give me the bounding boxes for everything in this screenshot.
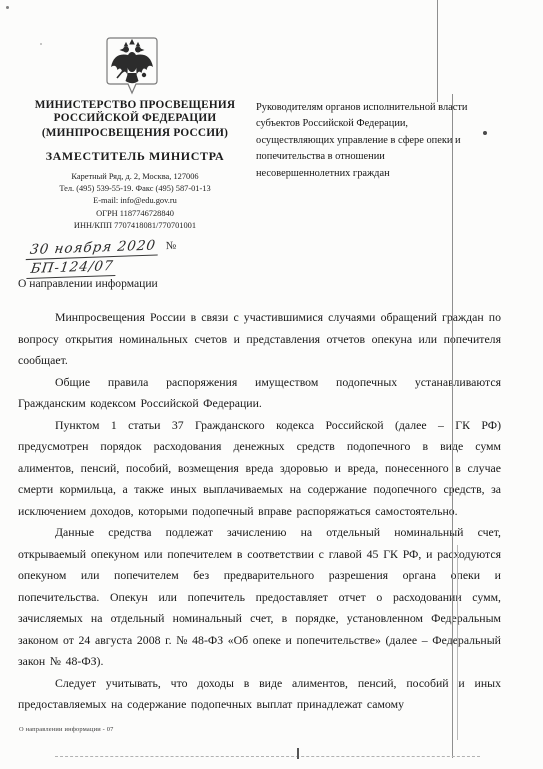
inn-kpp-line: ИНН/КПП 7707418081/770701001 [16, 220, 254, 232]
ministry-name-line: РОССИЙСКОЙ ФЕДЕРАЦИИ [16, 112, 254, 125]
body-paragraph: Пунктом 1 статьи 37 Гражданского кодекса… [18, 415, 501, 523]
handwritten-outgoing-number: БП-124/07 [26, 258, 117, 279]
ministry-name-line: МИНИСТЕРСТВО ПРОСВЕЩЕНИЯ [16, 99, 254, 112]
body-paragraph: Следует учитывать, что доходы в виде али… [18, 673, 501, 716]
letterhead-block: МИНИСТЕРСТВО ПРОСВЕЩЕНИЯ РОССИЙСКОЙ ФЕДЕ… [16, 99, 254, 232]
scan-fold-line [457, 545, 458, 740]
russia-coat-of-arms-icon [103, 36, 161, 98]
contacts-block: Каретный Ряд, д. 2, Москва, 127006 Тел. … [16, 171, 254, 232]
postal-address: Каретный Ряд, д. 2, Москва, 127006 [16, 171, 254, 183]
scan-speck [483, 131, 487, 135]
subject-line: О направлении информации [18, 277, 158, 290]
body-paragraph: Общие правила распоряжения имуществом по… [18, 372, 501, 415]
phone-fax-line: Тел. (495) 539-55-19. Факс (495) 587-01-… [16, 183, 254, 195]
reference-line: 30 ноября 2020 № БП-124/07 [27, 233, 258, 267]
scan-fold-line [437, 0, 438, 102]
handwritten-date: 30 ноября 2020 [26, 237, 160, 260]
recipient-block: Руководителям органов исполнительной вла… [256, 100, 470, 182]
number-sign-label: № [166, 240, 177, 252]
ministry-short-name: (МИНПРОСВЕЩЕНИЯ РОССИИ) [16, 127, 254, 140]
email-line: E-mail: info@edu.gov.ru [16, 195, 254, 207]
scan-mark [297, 748, 299, 759]
scanned-letter-page: МИНИСТЕРСТВО ПРОСВЕЩЕНИЯ РОССИЙСКОЙ ФЕДЕ… [0, 0, 543, 769]
scan-bottom-edge [55, 756, 480, 757]
body-paragraph: Данные средства подлежат зачислению на о… [18, 522, 501, 673]
scan-speck [40, 43, 42, 45]
letter-body: Минпросвещения России в связи с участивш… [18, 307, 501, 716]
position-title: ЗАМЕСТИТЕЛЬ МИНИСТРА [16, 149, 254, 164]
ogrn-line: ОГРН 1187746728840 [16, 208, 254, 220]
body-paragraph: Минпросвещения России в связи с участивш… [18, 307, 501, 372]
page-footer-label: О направлении информации - 07 [19, 726, 114, 733]
scan-fold-line [452, 94, 453, 758]
scan-speck [6, 6, 9, 9]
